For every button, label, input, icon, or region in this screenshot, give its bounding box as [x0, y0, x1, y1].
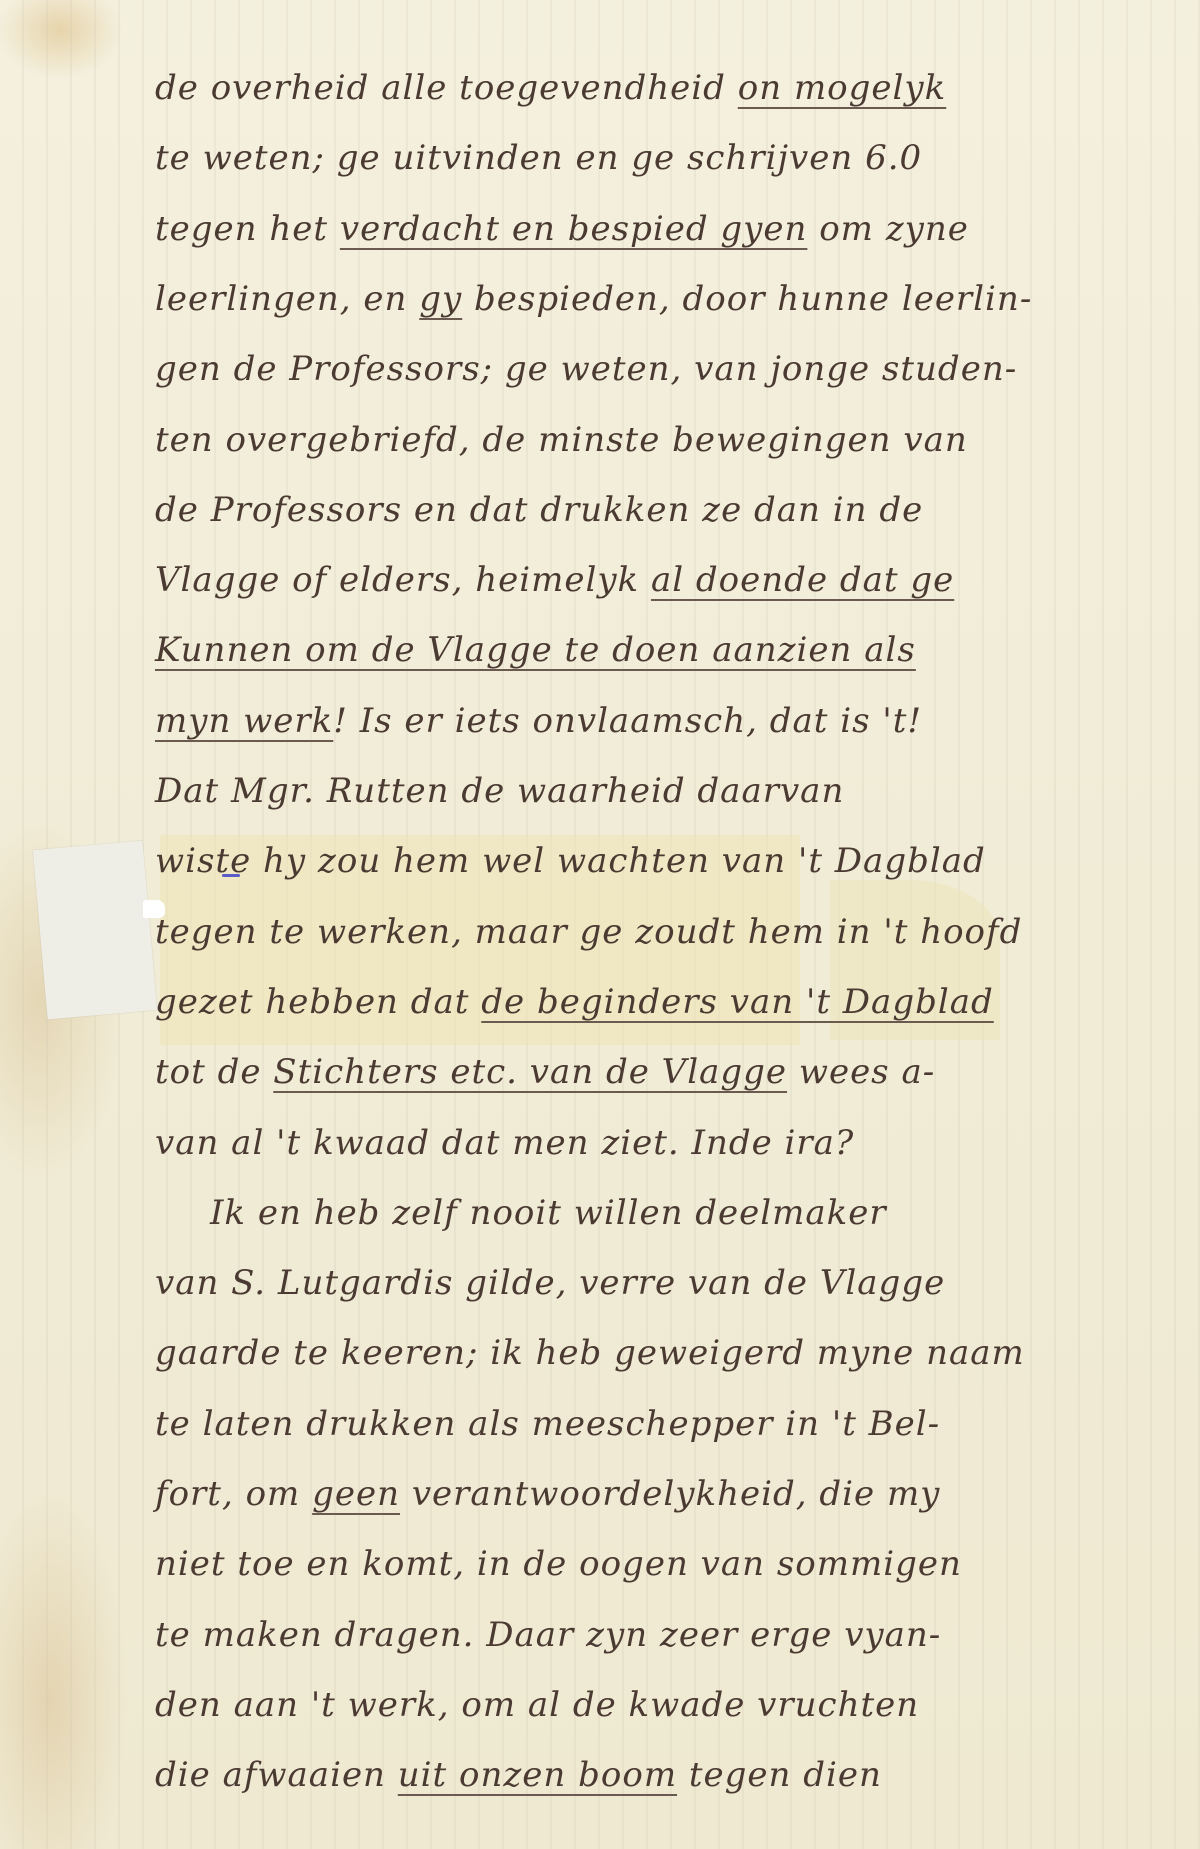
text-segment: ! Is er iets onvlaamsch, dat is 't!	[333, 701, 922, 741]
underlined-text: geen	[312, 1474, 400, 1514]
text-segment: tot de	[155, 1052, 273, 1092]
text-segment: tegen te werken, maar ge zoudt hem in 't…	[155, 912, 1022, 952]
text-line: fort, om geen verantwoordelykheid, die m…	[155, 1474, 1160, 1514]
text-segment: te maken dragen. Daar zyn zeer erge vyan…	[155, 1615, 941, 1655]
text-segment: verantwoordelykheid, die my	[400, 1474, 940, 1514]
text-segment: den aan 't werk, om al de kwade vruchten	[155, 1685, 919, 1725]
underlined-text: Kunnen om de Vlagge te doen aanzien als	[155, 630, 916, 670]
text-segment: fort, om	[155, 1474, 312, 1514]
text-segment: niet toe en komt, in de oogen van sommig…	[155, 1544, 962, 1584]
text-segment: tegen dien	[677, 1755, 882, 1795]
text-segment: Vlagge of elders, heimelyk	[155, 560, 651, 600]
text-line: tegen te werken, maar ge zoudt hem in 't…	[155, 912, 1160, 952]
underlined-text: on mogelyk	[738, 68, 946, 108]
pasted-paper-scrap	[33, 841, 157, 1020]
text-segment: die afwaaien	[155, 1755, 398, 1795]
text-line: niet toe en komt, in de oogen van sommig…	[155, 1544, 1160, 1584]
manuscript-page: de overheid alle toegevendheid on mogely…	[0, 0, 1200, 1849]
text-line: te maken dragen. Daar zyn zeer erge vyan…	[155, 1615, 1160, 1655]
text-line: wiste hy zou hem wel wachten van 't Dagb…	[155, 841, 1160, 881]
text-line: Vlagge of elders, heimelyk al doende dat…	[155, 560, 1160, 600]
underlined-text: gy	[419, 279, 462, 319]
text-segment: wees a-	[787, 1052, 935, 1092]
underlined-text: myn werk	[155, 701, 333, 741]
text-segment: te laten drukken als meeschepper in 't B…	[155, 1404, 940, 1444]
text-line: ten overgebriefd, de minste bewegingen v…	[155, 420, 1160, 460]
text-segment: wiste hy zou hem wel wachten van 't Dagb…	[155, 841, 986, 881]
text-line: van S. Lutgardis gilde, verre van de Vla…	[155, 1263, 1160, 1303]
text-segment: van S. Lutgardis gilde, verre van de Vla…	[155, 1263, 945, 1303]
underlined-text: de beginders van 't Dagblad	[481, 982, 993, 1022]
text-segment: gezet hebben dat	[155, 982, 481, 1022]
text-line: van al 't kwaad dat men ziet. Inde ira?	[155, 1123, 1160, 1163]
text-line: de overheid alle toegevendheid on mogely…	[155, 68, 1160, 108]
text-line: te weten; ge uitvinden en ge schrijven 6…	[155, 138, 1160, 178]
text-line: den aan 't werk, om al de kwade vruchten	[155, 1685, 1160, 1725]
text-segment: tegen het	[155, 209, 340, 249]
text-segment: bespieden, door hunne leerlin-	[462, 279, 1032, 319]
text-line: myn werk! Is er iets onvlaamsch, dat is …	[155, 701, 1160, 741]
text-line: Kunnen om de Vlagge te doen aanzien als	[155, 630, 1160, 670]
text-line: leerlingen, en gy bespieden, door hunne …	[155, 279, 1160, 319]
text-segment: de Professors en dat drukken ze dan in d…	[155, 490, 923, 530]
text-line: die afwaaien uit onzen boom tegen dien	[155, 1755, 1160, 1795]
underlined-text: al doende dat ge	[651, 560, 954, 600]
text-segment: te weten; ge uitvinden en ge schrijven 6…	[155, 138, 922, 178]
text-line: gezet hebben dat de beginders van 't Dag…	[155, 982, 1160, 1022]
text-line: te laten drukken als meeschepper in 't B…	[155, 1404, 1160, 1444]
text-segment: van al 't kwaad dat men ziet. Inde ira?	[155, 1123, 854, 1163]
text-line: gen de Professors; ge weten, van jonge s…	[155, 349, 1160, 389]
text-line: tegen het verdacht en bespied gyen om zy…	[155, 209, 1160, 249]
text-line: tot de Stichters etc. van de Vlagge wees…	[155, 1052, 1160, 1092]
text-segment: de overheid alle toegevendheid	[155, 68, 738, 108]
text-line: Dat Mgr. Rutten de waarheid daarvan	[155, 771, 1160, 811]
text-segment: leerlingen, en	[155, 279, 419, 319]
text-segment: gen de Professors; ge weten, van jonge s…	[155, 349, 1017, 389]
text-segment: gaarde te keeren; ik heb geweigerd myne …	[155, 1333, 1025, 1373]
text-segment: Dat Mgr. Rutten de waarheid daarvan	[155, 771, 844, 811]
text-line: Ik en heb zelf nooit willen deelmaker	[210, 1193, 1160, 1233]
text-line: de Professors en dat drukken ze dan in d…	[155, 490, 1160, 530]
underlined-text: verdacht en bespied gyen	[340, 209, 808, 249]
text-line: gaarde te keeren; ik heb geweigerd myne …	[155, 1333, 1160, 1373]
text-segment: Ik en heb zelf nooit willen deelmaker	[210, 1193, 887, 1233]
text-segment: ten overgebriefd, de minste bewegingen v…	[155, 420, 968, 460]
text-segment: om zyne	[807, 209, 968, 249]
underlined-text: Stichters etc. van de Vlagge	[273, 1052, 787, 1092]
underlined-text: uit onzen boom	[398, 1755, 677, 1795]
